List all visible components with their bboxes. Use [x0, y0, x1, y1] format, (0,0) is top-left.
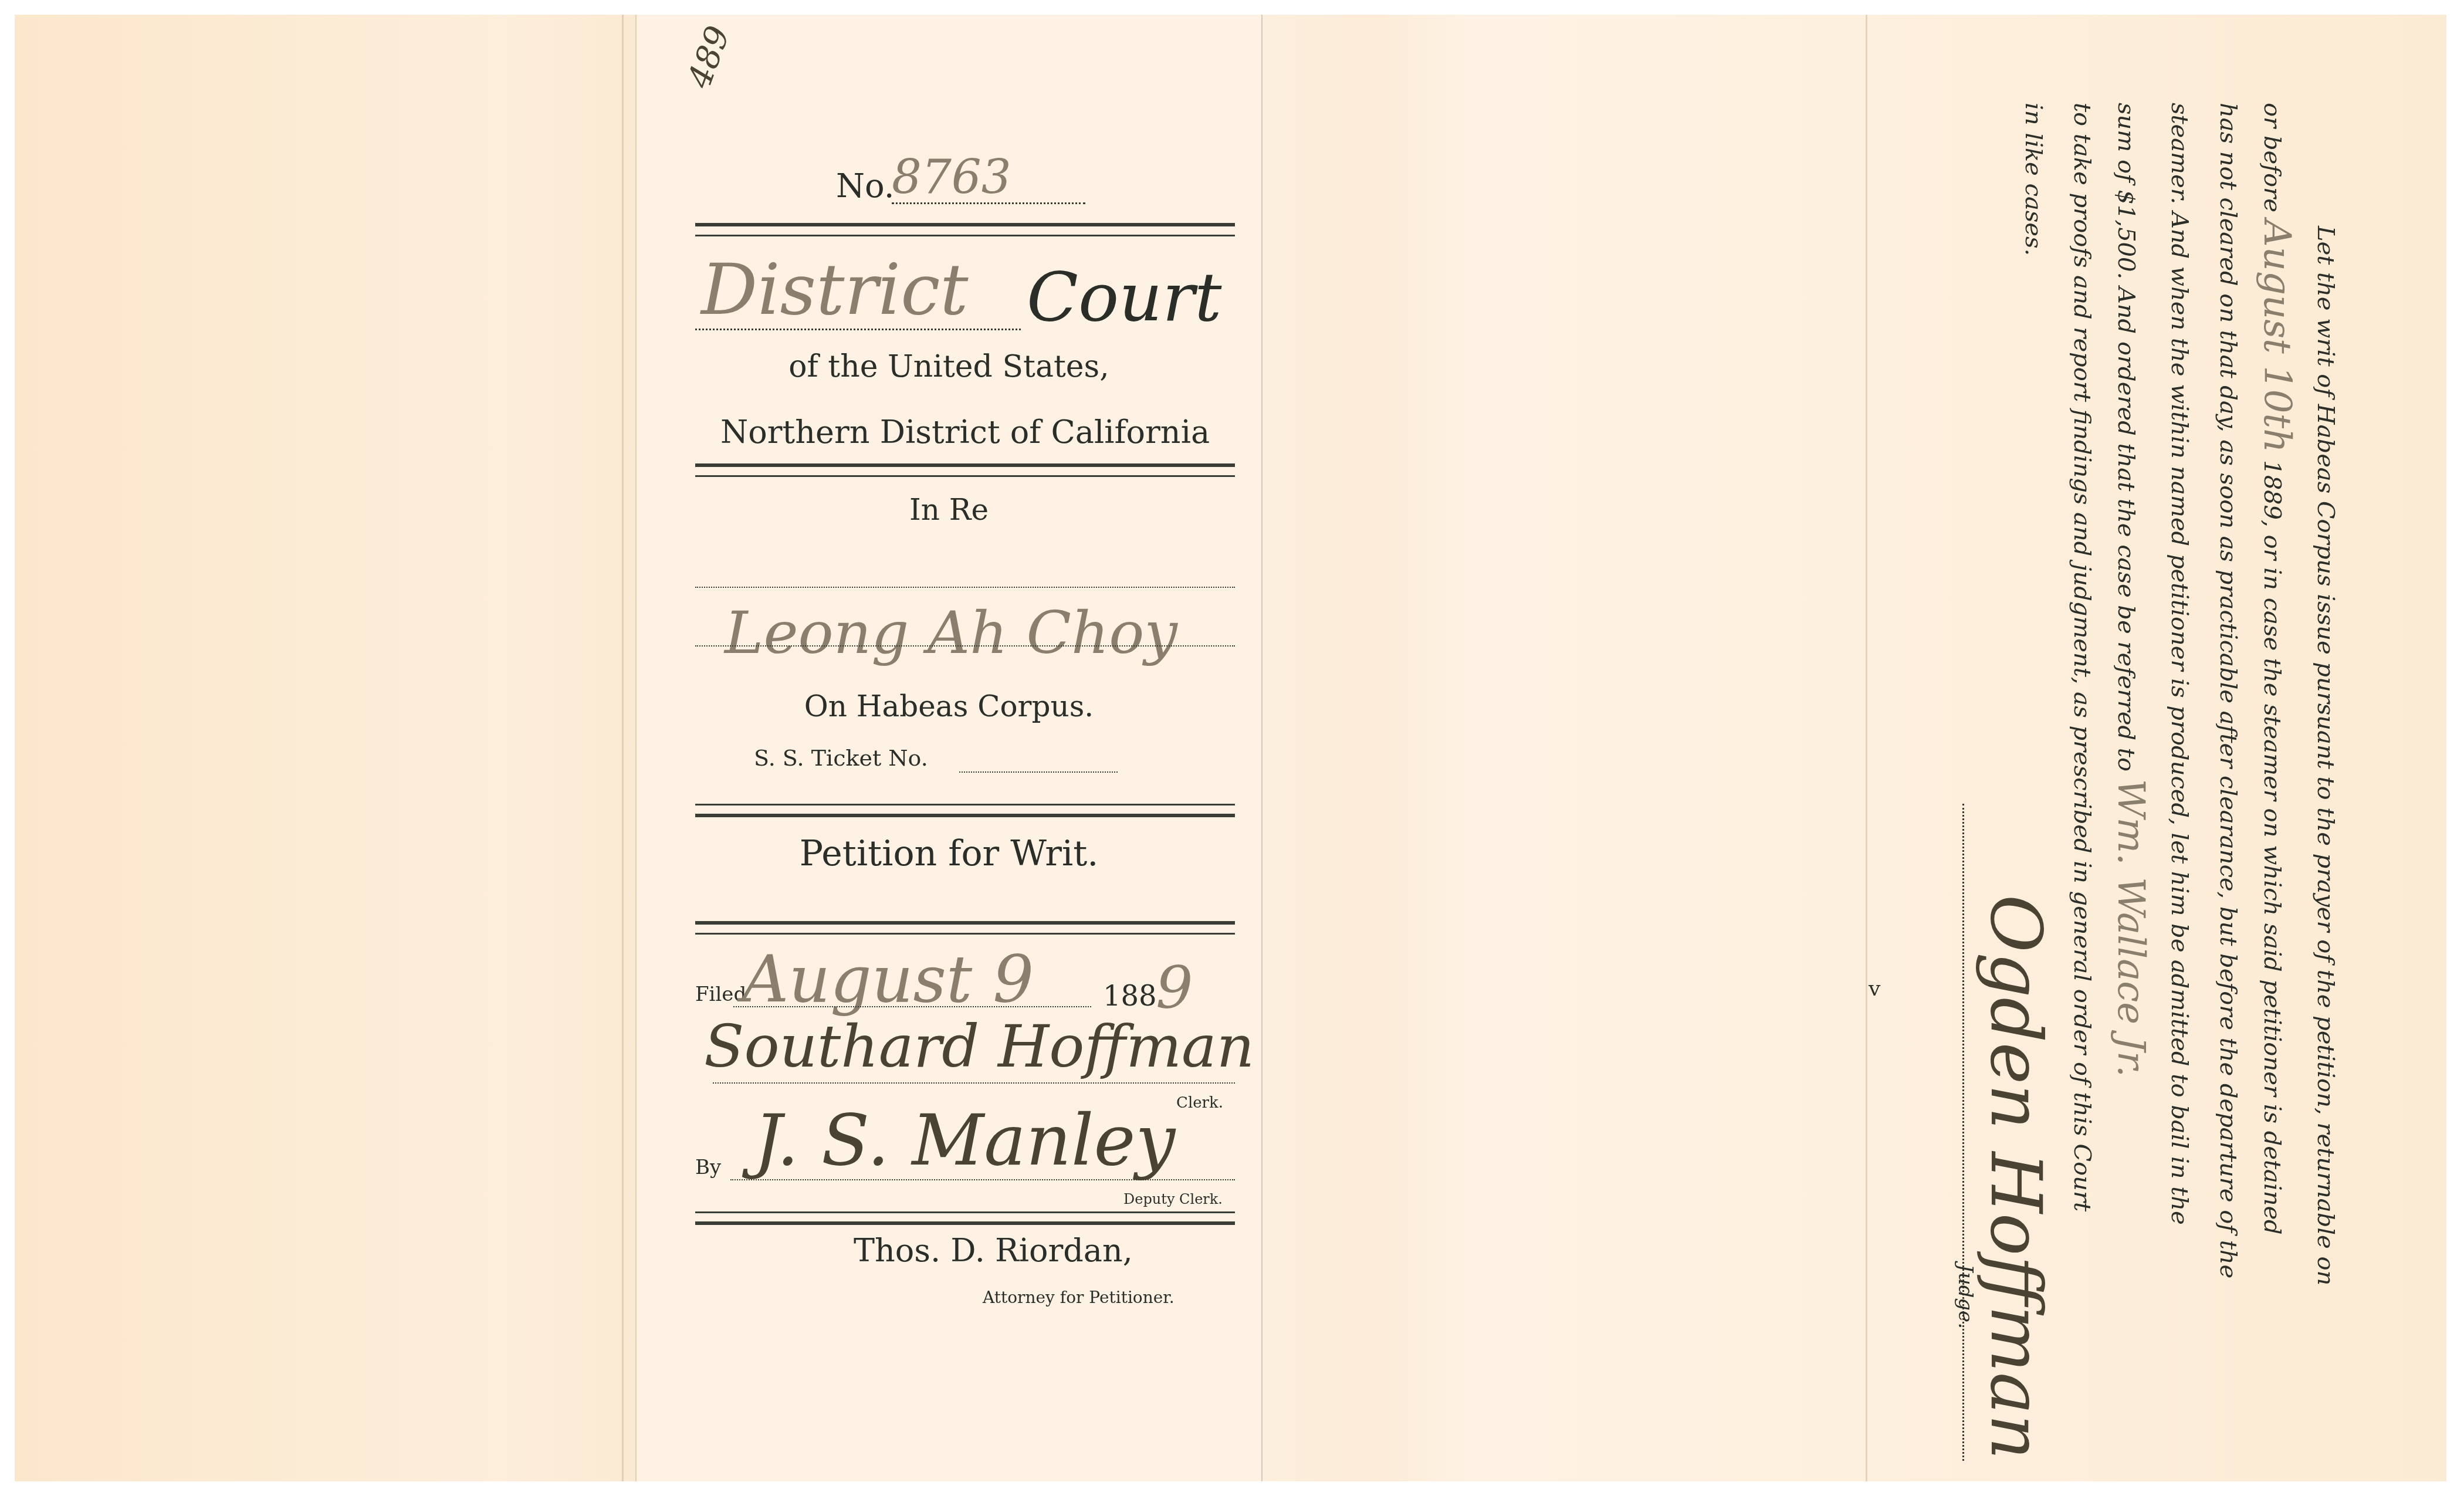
fold-line-left — [622, 15, 624, 1481]
order-line: or before August 10th 1889, or in case t… — [2252, 103, 2301, 1335]
order-line: sum of $1,500. And ordered that the case… — [2106, 103, 2155, 1335]
judge-label: Judge. — [1954, 1264, 1977, 1329]
rule-district — [695, 463, 1235, 477]
archive-number: 489 — [681, 21, 738, 93]
by-label: By — [695, 1156, 721, 1179]
number-label: No. — [836, 167, 895, 205]
petition-title: Petition for Writ. — [637, 833, 1261, 874]
order-line: Let the writ of Habeas Corpus issue purs… — [2301, 103, 2350, 1335]
petitioner-name: Leong Ah Choy — [725, 598, 1177, 667]
court-printed: Court — [1027, 258, 1221, 337]
deputy-label: Deputy Clerk. — [1123, 1191, 1223, 1207]
filed-date: August 9 — [742, 942, 1034, 1017]
rule-title-bottom — [695, 921, 1235, 935]
name-dotline-2 — [695, 645, 1235, 647]
petition-cover-panel: 489 No. 8763 District Court of the Unite… — [637, 15, 1263, 1481]
order-line: steamer. And when the within named petit… — [2155, 103, 2204, 1335]
fold-line-right — [1866, 15, 1867, 1481]
united-states-line: of the United States, — [637, 349, 1261, 384]
rule-top — [695, 223, 1235, 236]
document-paper: 489 No. 8763 District Court of the Unite… — [15, 15, 2446, 1481]
rule-bottom — [695, 1211, 1235, 1225]
attorney-name: Thos. D. Riordan, — [854, 1232, 1133, 1269]
number-value: 8763 — [892, 150, 1011, 204]
ticket-label: S. S. Ticket No. — [754, 745, 928, 771]
order-line: to take proofs and report findings and j… — [2057, 103, 2106, 1335]
order-text: Let the writ of Habeas Corpus issue purs… — [2009, 103, 2350, 1335]
filed-year-printed: 188 — [1103, 980, 1157, 1013]
deputy-dotline — [730, 1179, 1235, 1180]
deputy-signature: J. S. Manley — [754, 1100, 1175, 1182]
ticket-dotline — [959, 771, 1118, 773]
rule-title-top — [695, 804, 1235, 817]
return-date: August 10th — [2255, 220, 2299, 453]
check-mark: v — [1869, 977, 1880, 1001]
judge-signature: Ogden Hoffman — [1975, 895, 2056, 1460]
on-habeas-corpus: On Habeas Corpus. — [637, 689, 1261, 723]
district-line: Northern District of California — [672, 414, 1258, 451]
clerk-dotline — [713, 1082, 1235, 1084]
referee-name: Wm. Wallace Jr. — [2109, 779, 2152, 1077]
name-dotline-1 — [695, 587, 1235, 588]
clerk-label: Clerk. — [1176, 1094, 1223, 1112]
order-line: has not cleared on that day, as soon as … — [2204, 103, 2252, 1335]
court-handwritten: District — [701, 249, 969, 331]
court-dotline — [695, 329, 1021, 330]
filed-dotline — [733, 1006, 1091, 1007]
filed-label: Filed — [695, 983, 746, 1006]
number-dotline — [892, 202, 1085, 204]
clerk-signature: Southard Hoffman — [704, 1012, 1254, 1081]
judge-signature-line — [1962, 804, 1964, 1461]
in-re-label: In Re — [637, 493, 1261, 527]
attorney-label: Attorney for Petitioner. — [983, 1288, 1175, 1307]
